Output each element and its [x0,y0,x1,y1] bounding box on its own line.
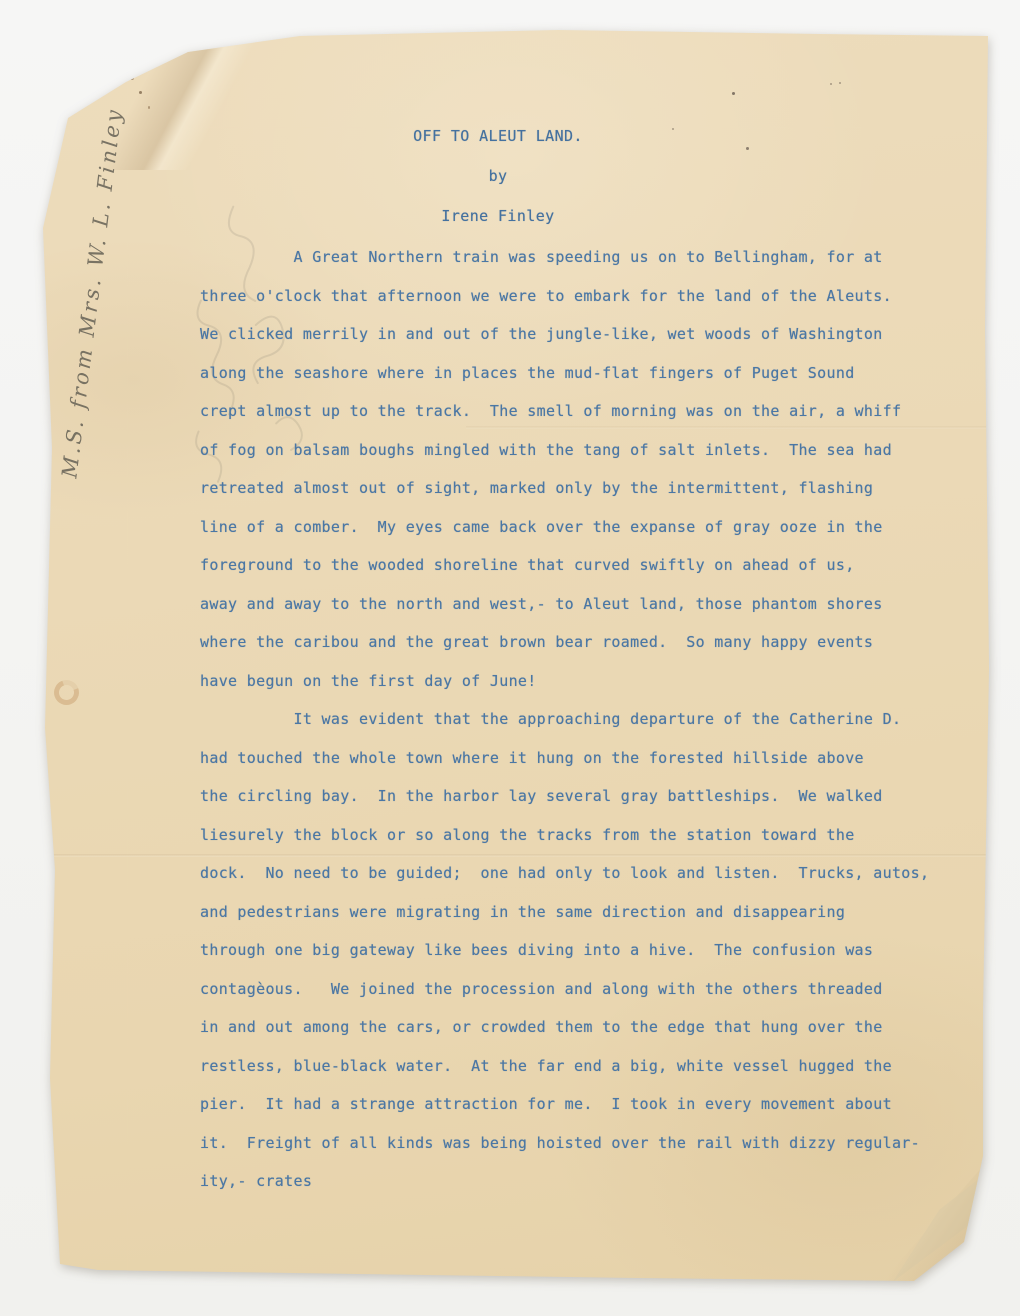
text-line: where the caribou and the great brown be… [200,623,960,662]
text-line: A Great Northern train was speeding us o… [200,238,960,277]
text-line: We clicked merrily in and out of the jun… [200,315,960,354]
ink-speck [139,91,142,94]
text-line: liesurely the block or so along the trac… [200,816,960,855]
paragraph-1: A Great Northern train was speeding us o… [200,238,960,700]
margin-note-handwriting: M.S. from Mrs. W. L. Finley [54,78,136,508]
ring-stain [50,676,83,709]
text-line: in and out among the cars, or crowded th… [200,1008,960,1047]
text-line: had touched the whole town where it hung… [200,739,960,778]
text-line: along the seashore where in places the m… [200,354,960,393]
text-line: retreated almost out of sight, marked on… [200,469,960,508]
ink-speck [148,106,150,109]
text-line: It was evident that the approaching depa… [200,700,960,739]
ink-speck [130,76,134,80]
title-block: OFF TO ALEUT LAND. by Irene Finley [198,120,798,240]
text-line: and pedestrians were migrating in the sa… [200,893,960,932]
ink-speck [830,83,832,85]
ink-speck [732,92,735,95]
ink-speck [118,60,121,63]
text-line: foreground to the wooded shoreline that … [200,546,960,585]
paragraph-2: It was evident that the approaching depa… [200,700,960,1201]
text-line: three o'clock that afternoon we were to … [200,277,960,316]
text-line: restless, blue-black water. At the far e… [200,1047,960,1086]
text-line: dock. No need to be guided; one had only… [200,854,960,893]
text-line: line of a comber. My eyes came back over… [200,508,960,547]
text-line: of fog on balsam boughs mingled with the… [200,431,960,470]
text-line: contagèous. We joined the procession and… [200,970,960,1009]
ink-speck [839,82,841,84]
byline: by [198,160,798,200]
text-line: away and away to the north and west,- to… [200,585,960,624]
author-name: Irene Finley [198,200,798,240]
text-line: through one big gateway like bees diving… [200,931,960,970]
typewritten-body: A Great Northern train was speeding us o… [200,238,960,1201]
text-line: the circling bay. In the harbor lay seve… [200,777,960,816]
text-line: pier. It had a strange attraction for me… [200,1085,960,1124]
manuscript-page-wrapper: M.S. from Mrs. W. L. Finley OFF TO ALEUT… [38,28,990,1286]
text-line: crept almost up to the track. The smell … [200,392,960,431]
manuscript-page: M.S. from Mrs. W. L. Finley OFF TO ALEUT… [38,28,990,1286]
text-line: have begun on the first day of June! [200,662,960,701]
document-title: OFF TO ALEUT LAND. [198,120,798,160]
text-line: ity,- crates [200,1162,960,1201]
text-line: it. Freight of all kinds was being hoist… [200,1124,960,1163]
